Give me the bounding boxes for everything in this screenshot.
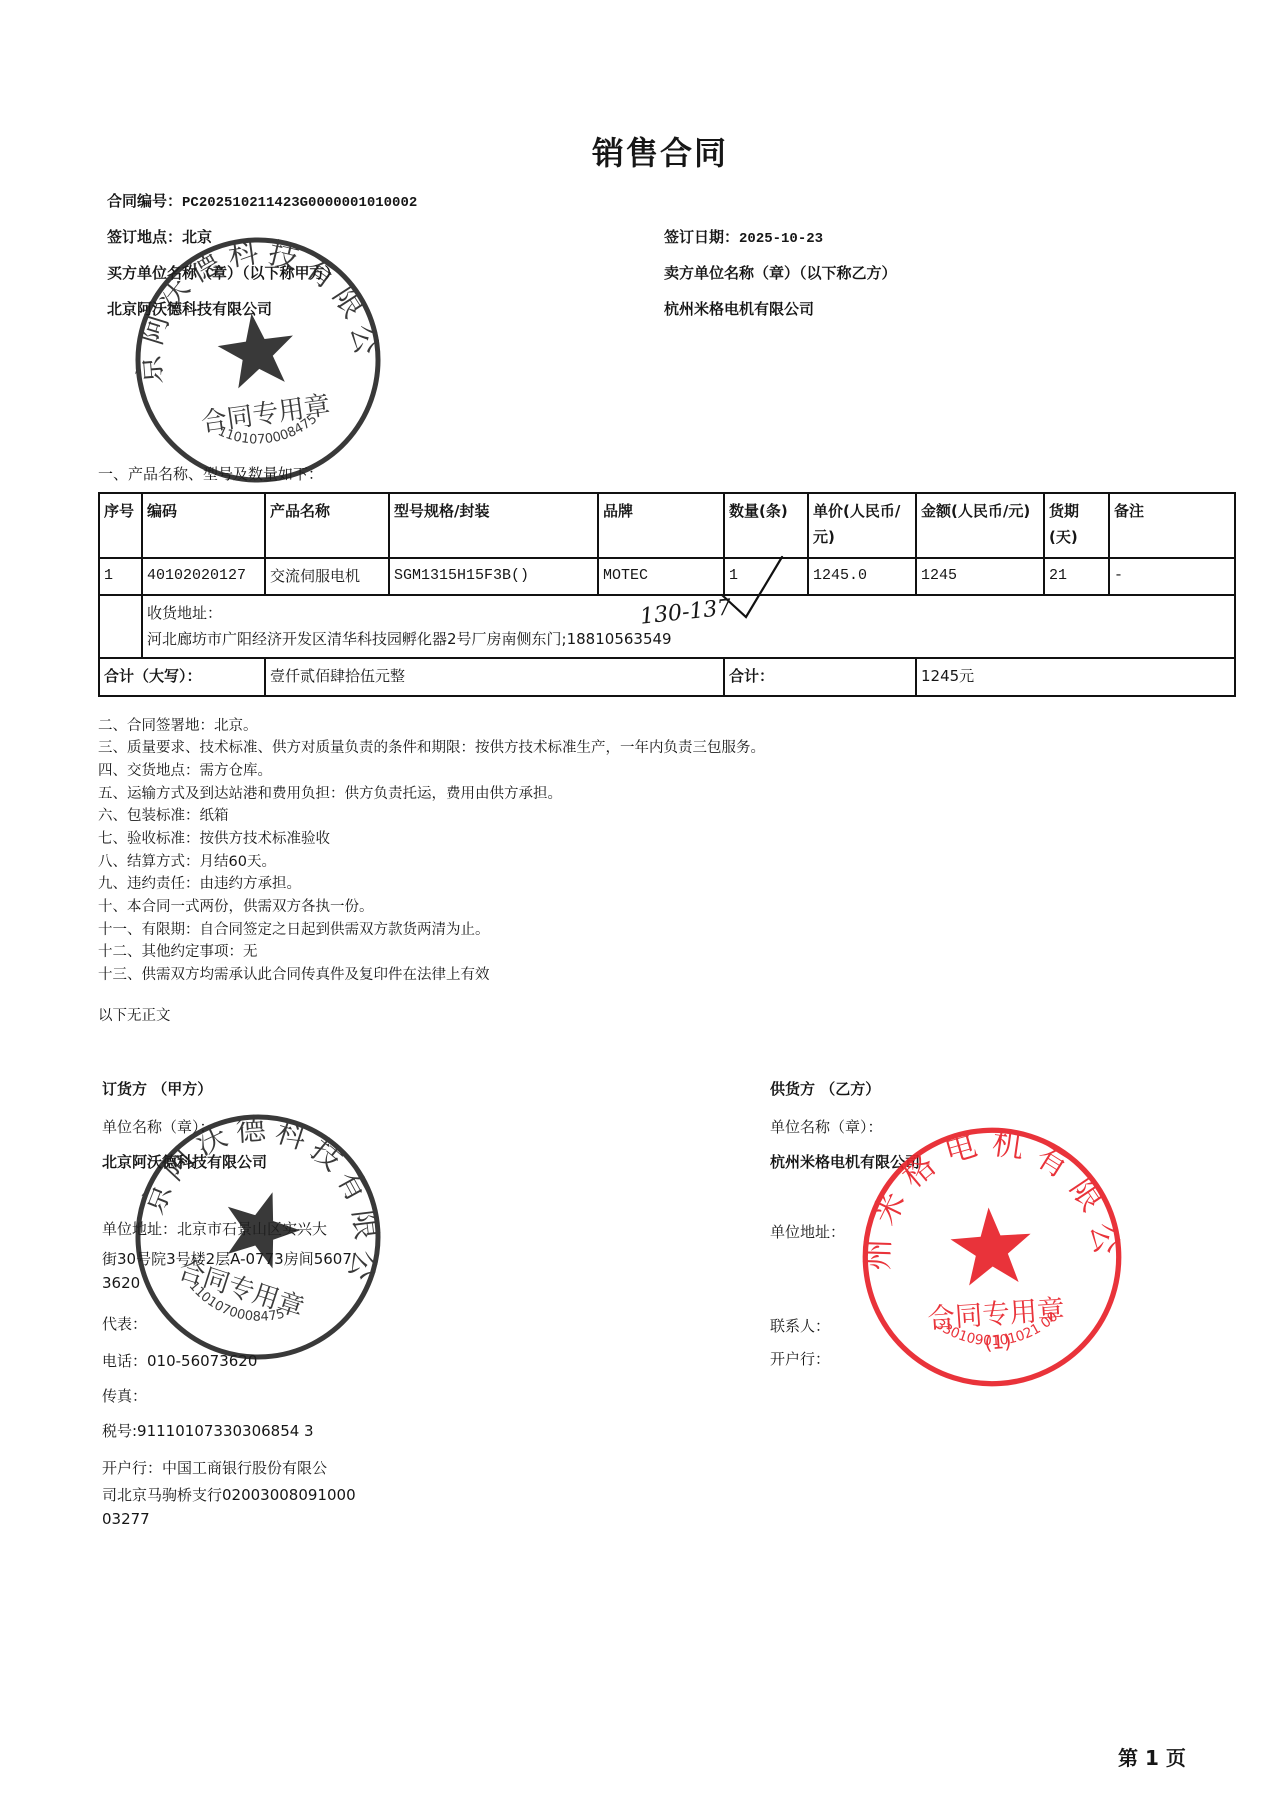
clause-item: 七、验收标准：按供方技术标准验收 [98,827,330,848]
header-amount: 金额(人民币/元) [916,493,1044,558]
buyer-stamp-top: 北京阿沃德科技有限公司合同专用章1101070008475 [117,219,399,501]
page-number: 第 1 页 [1118,1742,1186,1771]
party-b-heading: 供货方 （乙方） [770,1078,880,1099]
cell-unit-price: 1245.0 [808,558,916,595]
seller-header: 卖方单位名称（章）（以下称乙方） [664,262,897,283]
party-a-fax-label: 传真： [102,1385,147,1406]
cell-seq: 1 [99,558,142,595]
clause-item: 五、运输方式及到达站港和费用负担：供方负责托运，费用由供方承担。 [98,782,562,803]
header-seq: 序号 [99,493,142,558]
cell-brand: MOTEC [598,558,724,595]
end-note: 以下无正文 [98,1004,171,1025]
total-row: 合计（大写）： 壹仟贰佰肆拾伍元整 合计： 1245元 [99,658,1235,696]
header-unit-price: 单价(人民币/元) [808,493,916,558]
party-a-tax-number: 税号:91110107330306854 3 [102,1420,314,1441]
total-label: 合计： [724,658,916,696]
total-value: 1245元 [916,658,1235,696]
header-remark: 备注 [1109,493,1235,558]
total-caps-label: 合计（大写）： [99,658,265,696]
party-b-contact-label: 联系人： [770,1315,830,1336]
items-table: 序号 编码 产品名称 型号规格/封装 品牌 数量(条) 单价(人民币/元) 金额… [98,492,1236,697]
clause-item: 三、质量要求、技术标准、供方对质量负责的条件和期限：按供方技术标准生产，一年内负… [98,736,765,757]
clause-item: 十一、有限期：自合同签定之日起到供需双方款货两清为止。 [98,918,490,939]
header-product-name: 产品名称 [265,493,389,558]
seller-name: 杭州米格电机有限公司 [664,298,814,319]
cell-amount: 1245 [916,558,1044,595]
table-row: 1 40102020127 交流伺服电机 SGM1315H15F3B() MOT… [99,558,1235,595]
contract-number-label: 合同编号： [107,192,182,210]
clause-item: 八、结算方式：月结60天。 [98,850,276,871]
party-a-bank-line2: 司北京马驹桥支行02003008091000 [102,1484,356,1505]
cell-model: SGM1315H15F3B() [389,558,598,595]
party-a-bank-line1: 开户行：中国工商银行股份有限公 [102,1457,327,1478]
svg-text:北京阿沃德科技有限公司: 北京阿沃德科技有限公司 [98,192,384,390]
header-lead-time: 货期(天) [1044,493,1109,558]
delivery-address-value: 河北廊坊市广阳经济开发区清华科技园孵化器2号厂房南侧东门;18810563549 [147,626,1230,652]
cell-lead-time: 21 [1044,558,1109,595]
clause-item: 十三、供需双方均需承认此合同传真件及复印件在法律上有效 [98,963,490,984]
contract-number-value: PC202510211423G0000001010002 [182,195,417,211]
party-b-address-label: 单位地址： [770,1221,845,1242]
clause-item: 十二、其他约定事项：无 [98,940,258,961]
cell-remark: - [1109,558,1235,595]
clause-item: 十、本合同一式两份，供需双方各执一份。 [98,895,374,916]
header-model: 型号规格/封装 [389,493,598,558]
total-caps-value: 壹仟贰佰肆拾伍元整 [265,658,724,696]
party-a-bank-line3: 03277 [102,1510,150,1528]
clause-item: 九、违约责任：由违约方承担。 [98,872,301,893]
clause-item: 六、包装标准：纸箱 [98,804,229,825]
header-quantity: 数量(条) [724,493,808,558]
document-title: 销售合同 [0,128,1280,174]
clause-item: 二、合同签署地：北京。 [98,714,258,735]
cell-product-name: 交流伺服电机 [265,558,389,595]
sign-date: 签订日期：2025-10-23 [664,226,823,247]
cell-code: 40102020127 [142,558,265,595]
contract-number: 合同编号：PC202510211423G0000001010002 [107,190,417,211]
seller-stamp: 杭州米格电机有限公司合同专用章(1)3301090101021 00 [851,1116,1133,1398]
sign-place-label: 签订地点： [107,228,182,246]
header-code: 编码 [142,493,265,558]
clause-item: 四、交货地点：需方仓库。 [98,759,272,780]
sign-date-label: 签订日期： [664,228,739,246]
party-b-bank-label: 开户行： [770,1348,830,1369]
table-header-row: 序号 编码 产品名称 型号规格/封装 品牌 数量(条) 单价(人民币/元) 金额… [99,493,1235,558]
header-brand: 品牌 [598,493,724,558]
sign-date-value: 2025-10-23 [739,231,823,247]
